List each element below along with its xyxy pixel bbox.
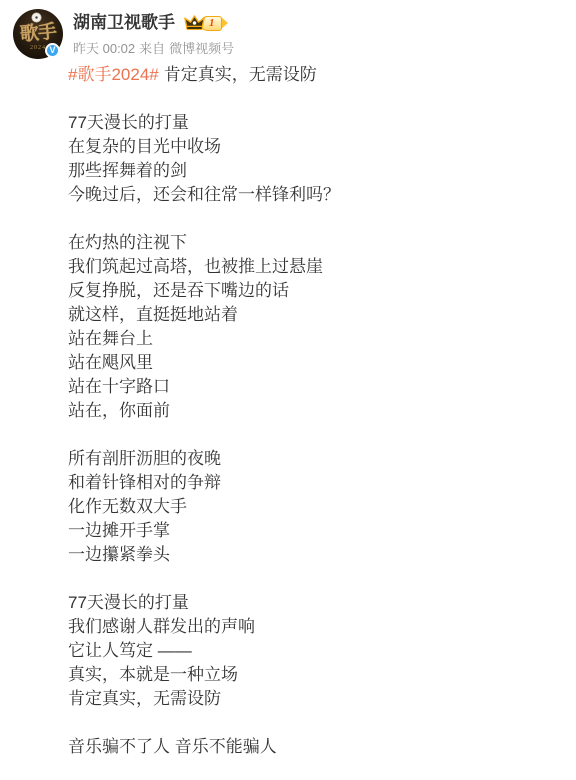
source-link[interactable]: 微博视频号 <box>169 40 234 57</box>
crown-icon <box>184 14 205 32</box>
post-content: #歌手2024#肯定真实，无需设防 77天漫长的打量 在复杂的目光中收场 那些挥… <box>68 63 550 759</box>
post-meta: 昨天 00:02 来自 微博视频号 <box>73 40 234 57</box>
avatar-seal <box>32 13 41 22</box>
username-link[interactable]: 湖南卫视歌手 <box>73 12 175 34</box>
chevron-right-icon <box>221 17 228 29</box>
avatar-logo-text: 歌手 <box>19 22 57 44</box>
weibo-post: 歌手 2024 V 湖南卫视歌手 1 昨天 00:02 来自 微博视频号 #歌手… <box>0 0 576 780</box>
post-timestamp: 昨天 00:02 <box>73 40 135 57</box>
topic-hashtag-link[interactable]: #歌手2024# <box>68 65 159 84</box>
from-label: 来自 <box>139 40 165 57</box>
post-headline: 肯定真实，无需设防 <box>164 65 317 84</box>
vip-badge[interactable]: 1 <box>184 14 228 32</box>
verified-badge-icon: V <box>45 43 60 58</box>
post-first-line: #歌手2024#肯定真实，无需设防 <box>68 63 550 87</box>
post-body: 77天漫长的打量 在复杂的目光中收场 那些挥舞着的剑 今晚过后，还会和往常一样锋… <box>68 87 550 759</box>
avatar-logo-year: 2024 <box>30 45 46 51</box>
header-name-row: 湖南卫视歌手 1 <box>73 12 228 34</box>
